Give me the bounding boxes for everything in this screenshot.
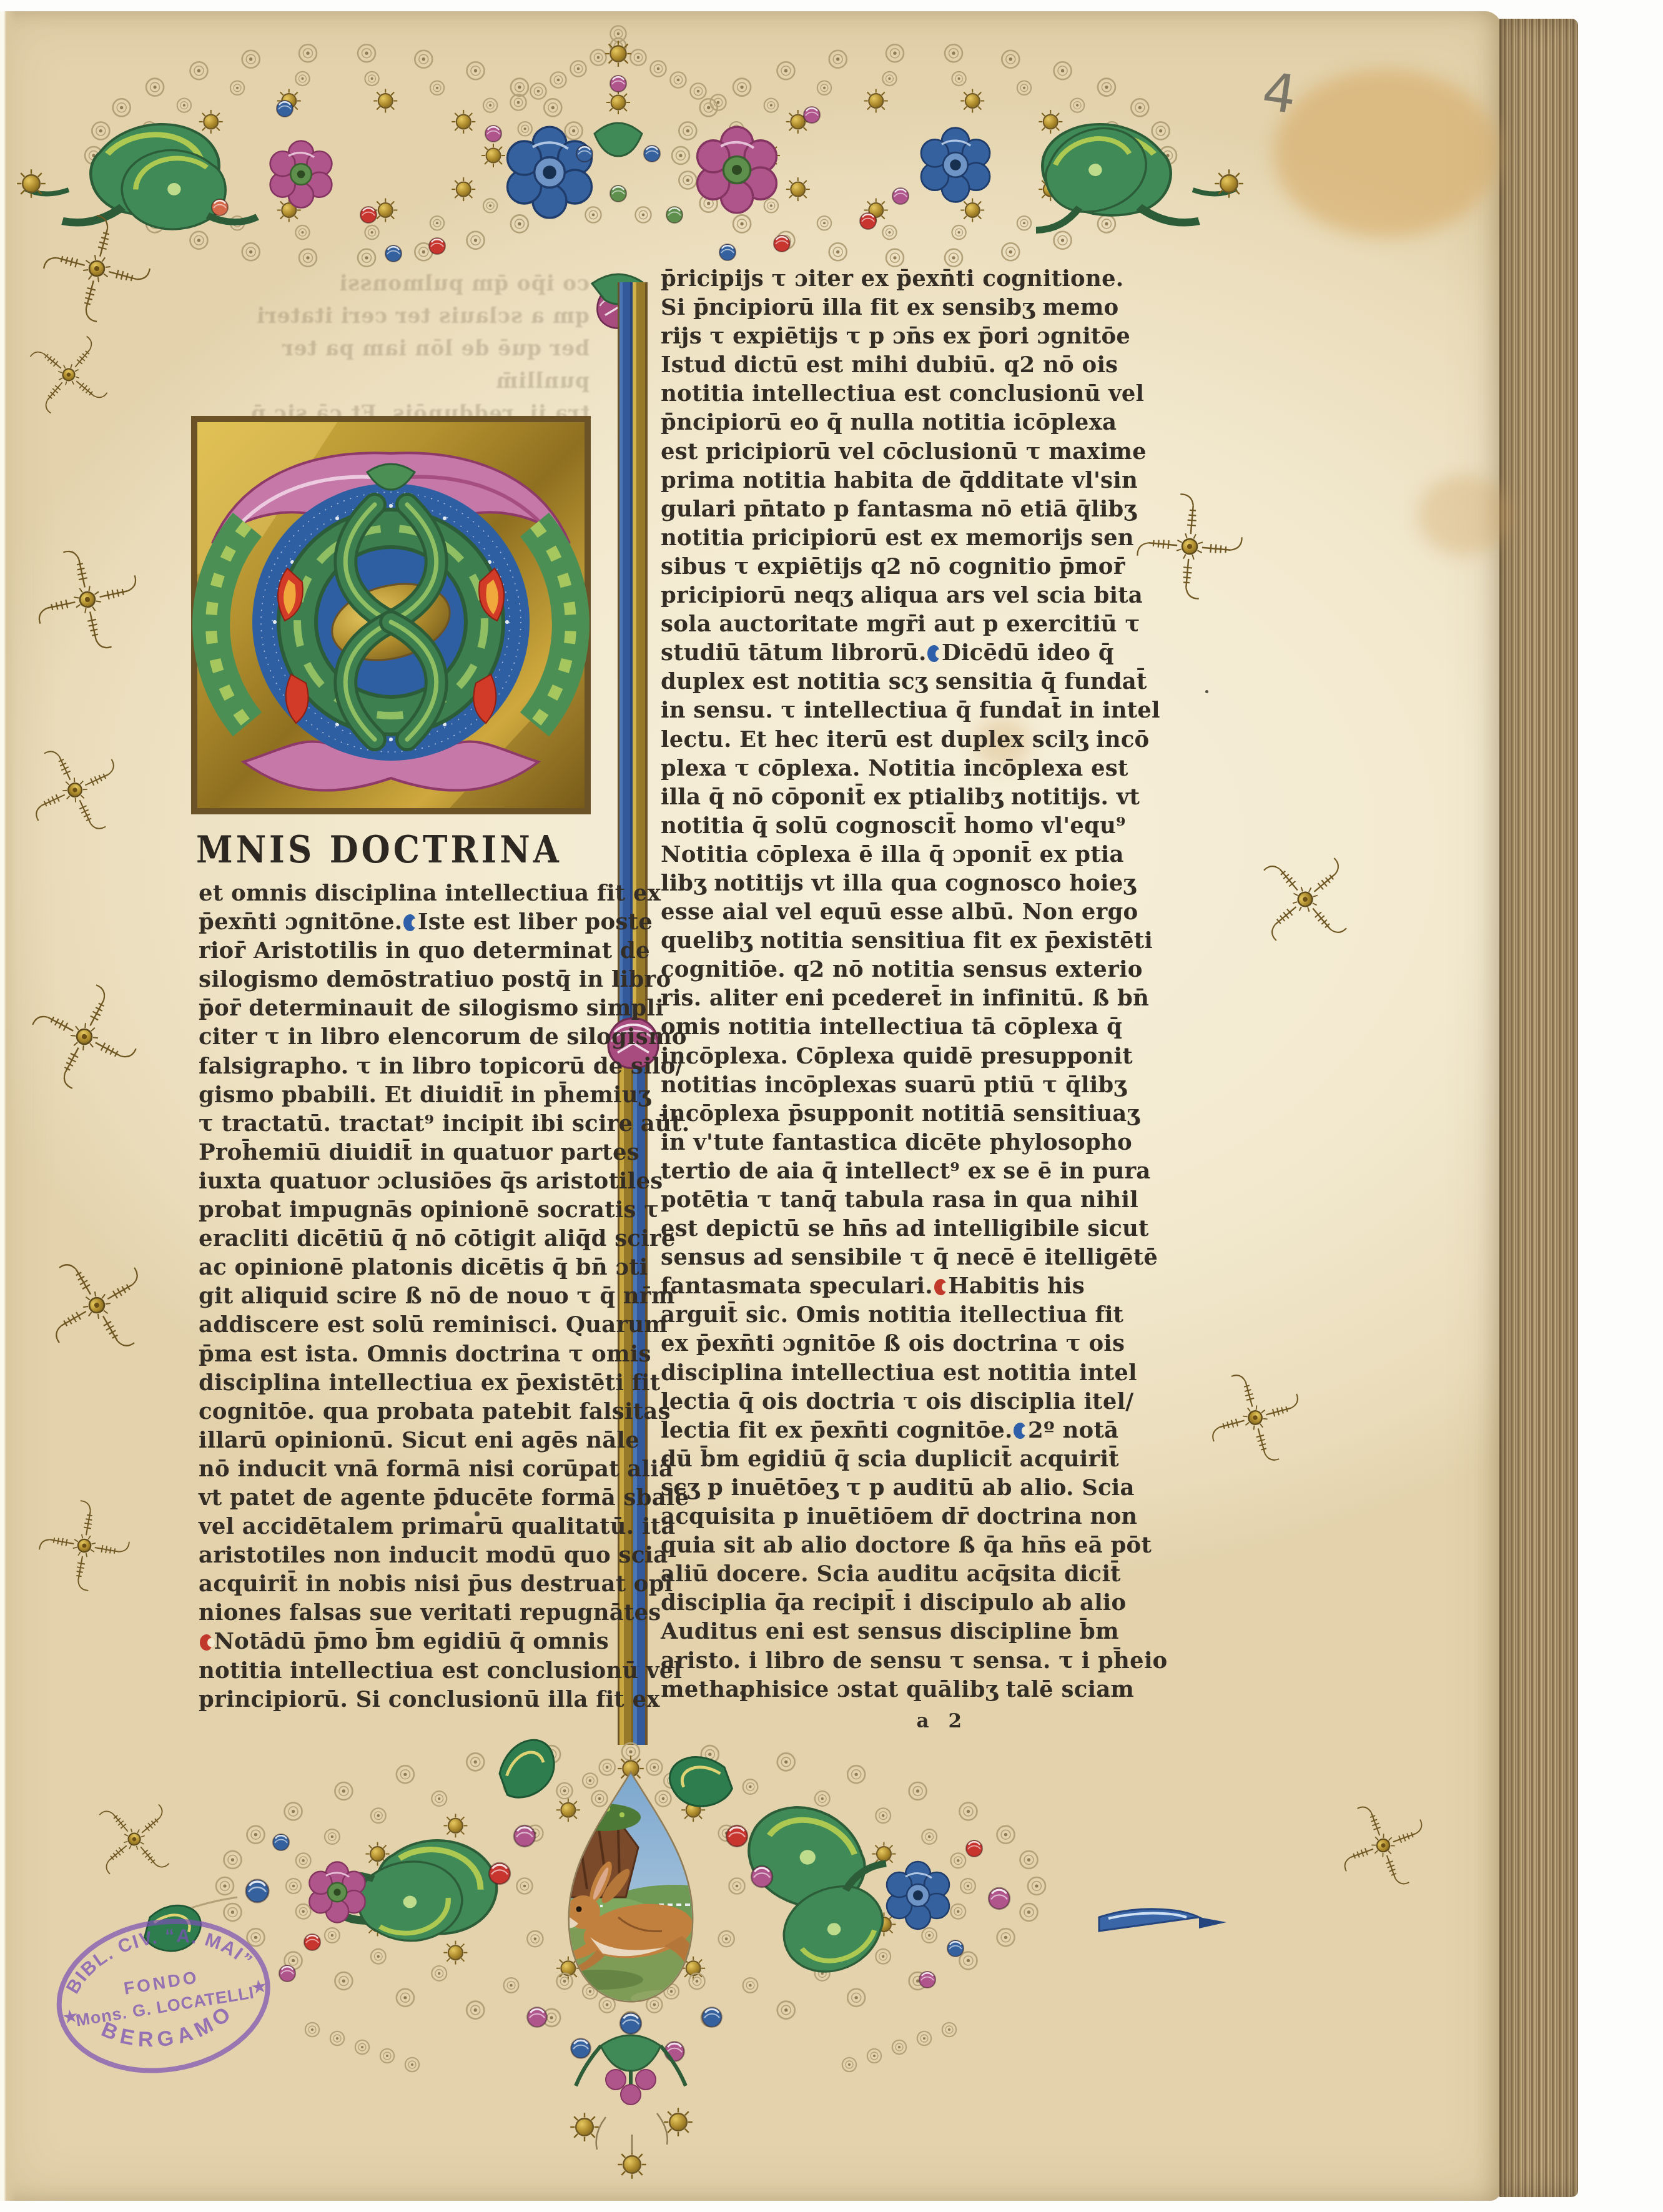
text-line: est pricipiorū vel cōclusionū τ maxime xyxy=(661,438,1074,467)
margin-flourish xyxy=(34,749,116,831)
text-line: incōplexa p̄supponit notitiā sensitiuaʒ xyxy=(661,1100,1074,1128)
penwork-ring-icon xyxy=(373,89,397,113)
penwork-ring-icon xyxy=(670,72,686,87)
text-line: aristo. i libro de sensu τ sensa. τ i ph… xyxy=(661,1647,1074,1676)
penwork-ring-icon xyxy=(922,1829,937,1844)
text-line: acquirit̄ in nobis nisi p̄us destruat op… xyxy=(199,1570,606,1599)
penwork-ring-icon xyxy=(864,89,888,113)
penwork-ring-icon xyxy=(952,72,965,86)
penwork-ring-icon xyxy=(842,2058,856,2071)
text-line: in v'tute fantastica dicēte phylosopho xyxy=(661,1128,1074,1157)
penwork-ring-icon xyxy=(224,1851,241,1869)
penwork-ring-icon xyxy=(1002,243,1019,260)
text-line: acquisita p inuētiōem dr̄ doctrina non xyxy=(661,1503,1074,1531)
penwork-ring-icon xyxy=(1002,51,1019,68)
penwork-ring-icon xyxy=(1017,81,1031,95)
text-line: scʒ p inuētōeʒ τ p auditū ab alio. Scia xyxy=(661,1474,1074,1503)
text-line: Proh̄emiū diuidit̄ in quatuor partes xyxy=(199,1138,606,1167)
penwork-ring-icon xyxy=(764,98,778,112)
text-line: eracliti dicētiū q̄ nō cōtigit aliq̄d sc… xyxy=(199,1225,606,1253)
text-line: ac opinionē platonis dicētis q̄ bn̄ ɔti xyxy=(199,1253,606,1282)
penwork-ring-icon xyxy=(466,1753,484,1770)
penwork-ring-icon xyxy=(544,99,561,116)
penwork-ring-icon xyxy=(242,243,260,260)
margin-flourish xyxy=(44,1505,125,1586)
illuminated-initial-O xyxy=(187,412,595,818)
pendant-drop-icon xyxy=(570,2013,693,2179)
text-line: in sensu. τ intellectiua q̄ fundat̄ in i… xyxy=(661,696,1074,725)
paraph-mark-icon xyxy=(200,1634,212,1651)
penwork-ring-icon xyxy=(299,44,317,62)
penwork-ring-icon xyxy=(1131,99,1148,116)
penwork-ring-icon xyxy=(516,1878,532,1894)
penwork-ring-icon xyxy=(882,72,896,86)
penwork-ring-icon xyxy=(92,122,109,140)
penwork-ring-icon xyxy=(777,62,794,79)
acanthus-scroll-icon xyxy=(732,1795,1010,1988)
margin-flourish xyxy=(1261,856,1349,943)
penwork-ring-icon xyxy=(729,1878,744,1894)
penwork-ring-icon xyxy=(945,44,962,62)
text-line: studiū tātum librorū.Dicēdū ideo q̄ xyxy=(661,639,1074,668)
text-line: falsigrapho. τ in libro topicorū de silo… xyxy=(199,1052,606,1081)
penwork-ring-icon xyxy=(960,89,984,113)
margin-flourish xyxy=(44,556,131,643)
text-line: gulari pn̄tato p fantasma nō etiā q̄libʒ xyxy=(661,495,1074,524)
penwork-ring-icon xyxy=(1070,98,1084,112)
penwork-ring-icon xyxy=(1098,79,1115,96)
text-line: methaphisice ɔstat quālibʒ talē sciam xyxy=(661,1676,1074,1704)
penwork-ring-icon xyxy=(672,147,689,164)
penwork-ring-icon xyxy=(917,2032,931,2045)
text-line: disciplina intellectiua ex p̄existēti fi… xyxy=(199,1369,606,1398)
penwork-ring-icon xyxy=(430,81,444,95)
text-line: disciplia q̄a recipit̄ i discipulo ab al… xyxy=(661,1589,1074,1617)
penwork-ring-icon xyxy=(504,1978,519,1993)
penwork-ring-icon xyxy=(1039,110,1062,134)
text-line: nō inducit vnā formā nisi corūpat aliā xyxy=(199,1455,606,1484)
margin-flourish xyxy=(50,222,144,315)
penwork-ring-icon xyxy=(216,1877,234,1895)
penwork-ring-icon xyxy=(847,1765,865,1783)
text-line: arguit̄ sic. Omis notitia itellectiua fi… xyxy=(661,1301,1074,1330)
text-line: niones falsas sue veritati repugnātes xyxy=(199,1599,606,1627)
penwork-ring-icon xyxy=(1020,1851,1038,1869)
penwork-ring-icon xyxy=(483,199,497,212)
margin-flourish xyxy=(1211,1374,1299,1461)
penwork-ring-icon xyxy=(733,79,751,96)
text-line: quelibʒ notitia sensitiua fit ex p̄exist… xyxy=(661,927,1074,955)
text-line: Notādū p̄mo b̄m egidiū q̄ omnis xyxy=(199,1627,606,1656)
penwork-ring-icon xyxy=(817,81,831,95)
penwork-ring-icon xyxy=(330,2032,344,2045)
text-line: cognitiōe. q2 nō notitia sensus exterio xyxy=(661,955,1074,984)
penwork-ring-icon xyxy=(556,1783,572,1799)
penwork-ring-icon xyxy=(550,72,566,87)
ink-speck xyxy=(1205,690,1208,693)
text-line: potētia τ tanq̄ tabula rasa in qua nihil xyxy=(661,1186,1074,1215)
penwork-ring-icon xyxy=(945,249,962,267)
penwork-ring-icon xyxy=(230,81,244,95)
penwork-ring-icon xyxy=(365,72,378,86)
paraph-mark-icon xyxy=(403,914,416,931)
text-line: Si p̄ncipiorū illa fit ex sensibʒ memo xyxy=(661,294,1074,322)
penwork-ring-icon xyxy=(1054,62,1072,79)
text-line: duplex est notitia scʒ sensitia q̄ funda… xyxy=(661,668,1074,696)
penwork-ring-icon xyxy=(700,99,718,116)
penwork-ring-icon xyxy=(733,215,751,232)
text-line: lectia q̄ ois doctria τ ois disciplia it… xyxy=(661,1388,1074,1416)
penwork-ring-icon xyxy=(247,1826,264,1844)
penwork-ring-icon xyxy=(285,1803,302,1820)
text-line: citer τ in libro elencorum de silogismo xyxy=(199,1023,606,1052)
penwork-ring-icon xyxy=(876,1808,891,1823)
penwork-ring-icon xyxy=(876,1949,891,1964)
text-line: aliū docere. Scia auditu acq̄sita dicit̄ xyxy=(661,1560,1074,1589)
text-line: est depictū se hn̄s ad intelligibile sic… xyxy=(661,1215,1074,1243)
quire-signature: a 2 xyxy=(843,1710,968,1732)
penwork-ring-icon xyxy=(556,1973,572,1989)
penwork-ring-icon xyxy=(556,1798,580,1822)
penwork-ring-icon xyxy=(397,1989,414,2007)
penwork-ring-icon xyxy=(415,51,432,68)
page-stain xyxy=(1274,69,1499,237)
penwork-ring-icon xyxy=(373,198,397,222)
penwork-ring-icon xyxy=(481,144,505,167)
text-line: quia sit ab alio doctore ß q̄a hn̄s eā p… xyxy=(661,1531,1074,1560)
penwork-ring-icon xyxy=(335,1782,352,1800)
penwork-ring-icon xyxy=(610,26,626,41)
penwork-ring-icon xyxy=(177,98,191,112)
text-line: notitia pricipiorū est ex memorijs sen xyxy=(661,524,1074,553)
penwork-ring-icon xyxy=(430,216,444,230)
text-line: iuxta quatuor ɔclusiōes q̄s aristotiles xyxy=(199,1167,606,1196)
penwork-ring-icon xyxy=(743,1978,758,1993)
penwork-ring-icon xyxy=(585,207,601,222)
text-line: dū b̄m egidiū q̄ scia duplicit̄ acquirit… xyxy=(661,1445,1074,1474)
penwork-ring-icon xyxy=(358,44,375,62)
text-line: p̄or̄ determinauit de silogismo simpli xyxy=(199,994,606,1023)
text-line: esse aial vel equū esse albū. Non ergo xyxy=(661,898,1074,927)
penwork-ring-icon xyxy=(942,2023,956,2037)
penwork-ring-icon xyxy=(950,1853,965,1868)
penwork-ring-icon xyxy=(466,2002,484,2019)
text-column-left: et omnis disciplina intellectiua fit exp… xyxy=(199,879,606,1714)
penwork-ring-icon xyxy=(960,1879,975,1894)
penwork-ring-icon xyxy=(777,2002,795,2019)
penwork-ring-icon xyxy=(630,49,646,65)
text-line: illarū opinionū. Sicut eni agēs nāle xyxy=(199,1426,606,1455)
penwork-ring-icon xyxy=(511,79,528,96)
penwork-ring-icon xyxy=(655,1790,671,1806)
penwork-ring-icon xyxy=(511,215,528,232)
penwork-ring-icon xyxy=(432,1791,447,1806)
penwork-ring-icon xyxy=(922,1928,937,1943)
text-line: rior̄ Aristotilis in quo determinat de xyxy=(199,937,606,965)
penwork-ring-icon xyxy=(190,62,207,79)
text-line: vt patet de agente p̄ducēte formā sbalē xyxy=(199,1484,606,1513)
penwork-ring-icon xyxy=(997,1928,1015,1946)
incipit-caps: MNIS DOCTRINA xyxy=(196,828,605,871)
penwork-ring-icon xyxy=(1020,1903,1038,1921)
text-line: Istud dictū est mihi dubiū. q2 nō ois xyxy=(661,351,1074,380)
penwork-ring-icon xyxy=(190,232,207,249)
penwork-ring-icon xyxy=(743,1779,758,1794)
text-line: ris. aliter eni pcederet̄ in infinitū. ß… xyxy=(661,984,1074,1013)
text-line: lectia fit ex p̄exn̄ti cognitōe.2º notā xyxy=(661,1416,1074,1445)
penwork-ring-icon xyxy=(146,79,164,96)
text-line: incōplexa. Cōplexa quidē presupponit xyxy=(661,1042,1074,1071)
margin-flourish xyxy=(31,337,106,412)
text-line: et omnis disciplina intellectiua fit ex xyxy=(199,879,606,908)
manuscript-page-scan: { "page": { "folio_number": "4", "quire_… xyxy=(0,0,1663,2212)
text-line: prima notitia habita de q̄dditate vl'sin xyxy=(661,467,1074,495)
text-line: notitia q̄ solū cognoscit̄ homo vl'equ⁹ xyxy=(661,812,1074,841)
text-line: tertio de aia q̄ intellect⁹ ex se ē in p… xyxy=(661,1157,1074,1186)
text-line: rijs τ expiētijs τ p ɔn̄s ex p̄ori ɔgnit… xyxy=(661,322,1074,351)
text-line: notitia intellectiua est conclusionū vel xyxy=(661,380,1074,408)
margin-flourish xyxy=(1143,500,1236,593)
penwork-ring-icon xyxy=(113,99,131,116)
penwork-ring-icon xyxy=(1028,1877,1045,1895)
penwork-ring-icon xyxy=(518,122,532,136)
penwork-ring-icon xyxy=(452,110,475,134)
penwork-ring-icon xyxy=(892,2040,906,2054)
penwork-ring-icon xyxy=(371,1949,386,1964)
text-line: addiscere est solū reminisci. Quarum xyxy=(199,1311,606,1340)
penwork-ring-icon xyxy=(295,225,309,239)
penwork-ring-icon xyxy=(646,1759,662,1775)
margin-flourish xyxy=(1336,1799,1430,1892)
penwork-ring-icon xyxy=(829,51,847,68)
penwork-ring-icon xyxy=(452,177,475,201)
page-stain xyxy=(1418,475,1511,556)
penwork-ring-icon xyxy=(355,2040,369,2054)
penwork-ring-icon xyxy=(815,1791,830,1806)
penwork-ring-icon xyxy=(847,1989,865,2007)
penwork-ring-icon xyxy=(371,1808,386,1823)
penwork-ring-icon xyxy=(296,1853,311,1868)
penwork-ring-icon xyxy=(764,199,778,212)
text-line: omis notitia intellectiua tā cōplexa q̄ xyxy=(661,1013,1074,1042)
text-line: sola auctoritate mgr̄i aut p exercitiū τ xyxy=(661,610,1074,639)
penwork-ring-icon xyxy=(380,2049,394,2063)
text-line: probat impugnās opinionē socratis τ xyxy=(199,1196,606,1225)
text-line: ex p̄exn̄ti ɔgnitōe ß ois doctrina τ ois xyxy=(661,1330,1074,1358)
margin-flourish xyxy=(41,993,128,1080)
penwork-ring-icon xyxy=(358,249,375,267)
penwork-ring-icon xyxy=(606,91,630,114)
penwork-ring-icon xyxy=(242,51,260,68)
penwork-ring-icon xyxy=(467,62,485,79)
penwork-ring-icon xyxy=(710,94,726,110)
paraph-mark-icon xyxy=(1014,1423,1026,1439)
text-line: git aliquid scire ß nō de nouo τ q̄ nr̄m xyxy=(199,1282,606,1311)
blue-rosette-icon xyxy=(921,128,990,202)
penwork-ring-icon xyxy=(590,49,606,65)
penwork-ring-icon xyxy=(867,2049,881,2063)
penwork-ring-icon xyxy=(1017,216,1031,230)
paraph-mark-icon xyxy=(927,645,940,661)
text-line: sibus τ expiētijs q2 nō cognitio p̄mor̄ xyxy=(661,553,1074,581)
penwork-ring-icon xyxy=(959,1803,977,1820)
margin-flourish xyxy=(53,1262,141,1349)
pink-rosette-icon xyxy=(270,141,332,207)
penwork-ring-icon xyxy=(909,1782,927,1800)
text-line: libʒ notitijs vt illa qua cognosco hoieʒ xyxy=(661,869,1074,898)
text-line: p̄ricipijs τ ɔiter ex p̄exn̄ti cognition… xyxy=(661,265,1074,294)
text-line: sensus ad sensibile τ q̄ necē ē itelligē… xyxy=(661,1243,1074,1272)
text-line: Notitia cōplexa ē illa q̄ ɔponit̄ ex pti… xyxy=(661,841,1074,869)
text-line: p̄ma est ista. Omnis doctrina τ omis xyxy=(199,1340,606,1369)
penwork-ring-icon xyxy=(952,225,965,239)
penwork-ring-icon xyxy=(199,110,223,134)
penwork-ring-icon xyxy=(679,122,696,140)
penwork-ring-icon xyxy=(443,1941,467,1965)
penwork-ring-icon xyxy=(583,1773,598,1788)
fore-edge-page-stack xyxy=(1499,19,1578,2197)
penwork-ring-icon xyxy=(600,1759,615,1775)
penwork-ring-icon xyxy=(397,1765,414,1783)
text-line: pricipiorū neqʒ aliqua ars vel scia bita xyxy=(661,581,1074,610)
text-line: τ tractatū. tractat⁹ incipit ibi scire a… xyxy=(199,1110,606,1138)
penwork-ring-icon xyxy=(365,225,378,239)
text-column-right: p̄ricipijs τ ɔiter ex p̄exn̄ti cognition… xyxy=(661,265,1074,1704)
penwork-ring-icon xyxy=(1098,215,1115,232)
penwork-ring-icon xyxy=(530,83,546,99)
penwork-ring-icon xyxy=(650,61,666,76)
penwork-ring-icon xyxy=(882,225,896,239)
penwork-ring-icon xyxy=(335,1972,352,1990)
text-line: cognitōe. qua probata patebit falsitas xyxy=(199,1398,606,1426)
penwork-ring-icon xyxy=(483,98,497,112)
penwork-ring-icon xyxy=(565,122,583,140)
text-line: gismo pbabili. Et diuidit̄ in ph̄emiuʒ xyxy=(199,1081,606,1110)
penwork-ring-icon xyxy=(527,1931,543,1947)
penwork-ring-icon xyxy=(829,243,847,260)
penwork-ring-icon xyxy=(305,2023,319,2037)
penwork-ring-icon xyxy=(786,177,810,201)
penwork-ring-icon xyxy=(432,1966,447,1981)
penwork-ring-icon xyxy=(1054,232,1072,249)
paraph-mark-icon xyxy=(934,1279,947,1295)
penwork-ring-icon xyxy=(690,83,706,99)
penwork-ring-icon xyxy=(959,1952,977,1969)
blue-spike-leaf-icon xyxy=(1099,1909,1226,1931)
penwork-ring-icon xyxy=(296,1904,311,1919)
penwork-ring-icon xyxy=(886,44,904,62)
text-line: silogismo demōstratiuo postq̄ in libro xyxy=(199,965,606,994)
penwork-ring-icon xyxy=(1152,122,1170,140)
penwork-ring-icon xyxy=(570,61,586,76)
text-line: lectu. Et hec iterū est duplex scilʒ inc… xyxy=(661,726,1074,754)
penwork-ring-icon xyxy=(295,72,309,86)
bottom-medallion-ornament xyxy=(125,1730,1249,2205)
penwork-ring-icon xyxy=(960,198,984,222)
penwork-ring-icon xyxy=(950,1904,965,1919)
blue-rosette-icon xyxy=(508,127,592,218)
text-line: illa q̄ nō cōponit̄ ex ptialibʒ notitijs… xyxy=(661,783,1074,812)
text-line: notitias incōplexas suarū ptiū τ q̄libʒ xyxy=(661,1071,1074,1100)
text-line: p̄exn̄ti ɔgnitōne.Iste est liber poste xyxy=(199,908,606,937)
penwork-ring-icon xyxy=(777,1753,795,1770)
penwork-ring-icon xyxy=(817,216,831,230)
penwork-ring-icon xyxy=(286,1879,301,1894)
margin-flourish xyxy=(94,1799,175,1880)
penwork-ring-icon xyxy=(405,2058,419,2071)
penwork-ring-icon xyxy=(635,207,651,222)
penwork-ring-icon xyxy=(510,94,526,110)
text-line: aristotiles non inducit modū quo scia xyxy=(199,1541,606,1570)
penwork-ring-icon xyxy=(997,1826,1015,1844)
penwork-ring-icon xyxy=(299,249,317,267)
text-line: fantasmata speculari.Habitis his xyxy=(661,1272,1074,1301)
penwork-ring-icon xyxy=(325,1829,340,1844)
penwork-ring-icon xyxy=(467,232,485,249)
penwork-ring-icon xyxy=(886,249,904,267)
penwork-ring-icon xyxy=(689,1973,704,1989)
text-line: plexa τ cōplexa. Notitia incōplexa est xyxy=(661,754,1074,783)
penwork-ring-icon xyxy=(679,171,696,189)
text-line: Auditus eni est sensus discipline b̄m xyxy=(661,1617,1074,1646)
penwork-ring-icon xyxy=(325,1928,340,1943)
penwork-ring-icon xyxy=(719,1931,734,1947)
penwork-ring-icon xyxy=(591,1790,607,1806)
text-line: p̄ncipiorū eo q̄ nulla notitia icōplexa xyxy=(661,408,1074,437)
text-line: vel accidētalem primarū qualitatū. ita xyxy=(199,1513,606,1541)
penwork-ring-icon xyxy=(443,1814,467,1837)
pink-rosette-icon xyxy=(698,127,777,213)
text-line: notitia intellectiua est conclusionū vel xyxy=(199,1657,606,1686)
text-line: principiorū. Si conclusionū illa fit ex xyxy=(199,1686,606,1714)
stamp-star-icon: ★ xyxy=(62,2006,79,2027)
text-line: disciplina intellectiua est notitia inte… xyxy=(661,1359,1074,1388)
